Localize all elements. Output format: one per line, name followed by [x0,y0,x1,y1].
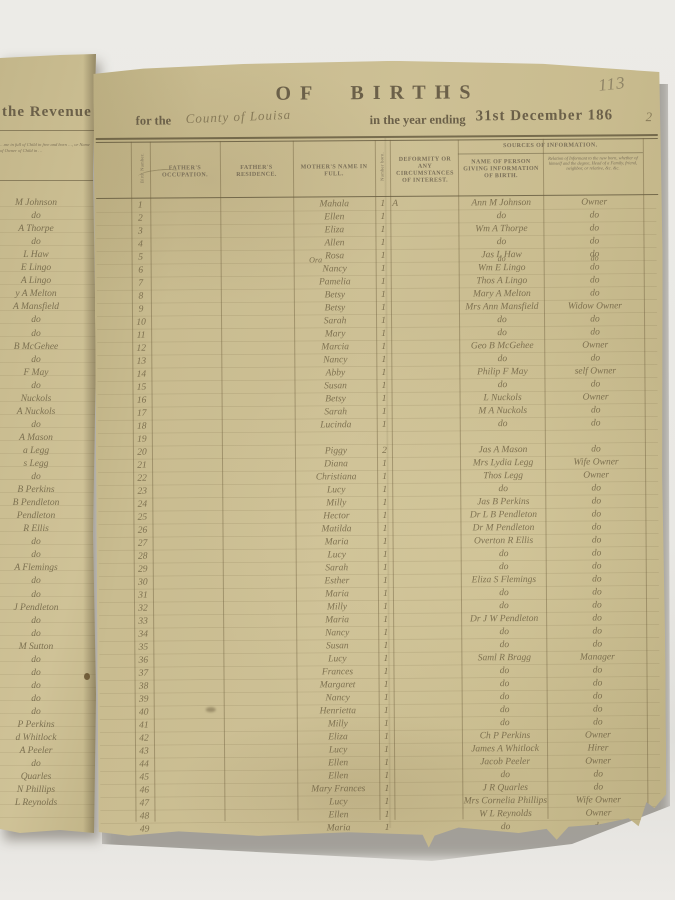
register-rows: 1Mahala1AAnn M JohnsonOwner2Ellen1dodo3E… [93,56,661,60]
row-number: 43 [132,746,156,759]
children-count: 1 [376,380,391,393]
child-name: Ellen [294,757,382,771]
left-name-fragment: do [0,211,88,224]
informant-name: do [450,678,560,692]
children-count: 2 [377,445,392,458]
left-name-fragment: s Legg [0,459,88,472]
informant-relation: do [550,677,646,691]
child-name: Lucy [293,549,381,563]
left-name-fragment: A Nuckols [0,407,88,420]
row-number: 10 [129,317,153,330]
informant-name: Thos Legg [448,470,558,484]
informant-name: Thos A Lingo [447,275,557,289]
informant-relation: do [550,690,646,704]
row-number: 37 [131,668,155,681]
children-count: 1 [377,471,392,484]
child-name: Piggy [292,445,380,459]
child-name: Sarah [292,406,380,420]
rule-line [0,130,96,131]
row-number: 27 [131,538,155,551]
informant-relation: do [548,443,644,457]
row-number: 11 [129,330,153,343]
informant-name: Mary A Melton [447,288,557,302]
informant-relation: do [547,253,643,264]
left-name-fragment: a Legg [0,446,88,459]
child-name: Maria [293,536,381,550]
informant-relation: do [550,781,646,795]
photo-scene: the Revenue …me in full of Child in free… [0,0,675,900]
informant-name: Eliza S Flemings [449,574,559,588]
child-name: Allen [290,237,378,251]
child-name: Hector [292,510,380,524]
children-count: 1 [378,536,393,549]
informant-name: Jas A Mason [448,444,558,458]
row-number: 13 [129,356,153,369]
child-name: Lucy [294,744,382,758]
informant-name: L Nuckols [448,392,558,406]
informant-relation: do [547,274,643,288]
left-name-fragment: N Phillips [0,785,88,798]
children-count: 1 [378,575,393,588]
children-count: 1 [378,640,393,653]
children-count: 1 [380,822,395,835]
left-name-fragment: do [0,315,88,328]
informant-name: James A Whitlock [450,743,560,757]
children-count: 1 [376,367,391,380]
informant-relation: do [548,404,644,418]
subtitle-year-handwritten: 2 [646,109,654,125]
informant-relation: Owner [550,729,646,743]
left-name-fragment: A Thorpe [0,224,88,237]
informant-relation: do [548,521,644,535]
informant-relation: Owner [548,391,644,405]
left-name-fragment: do [0,655,88,668]
children-count: 1 [379,705,394,718]
left-name-fragment: do [0,381,88,394]
left-name-fragment: E Lingo [0,263,88,276]
informant-relation: do [547,378,643,392]
children-count: 1 [377,458,392,471]
left-name-fragment: R Ellis [0,524,88,537]
informant-name: Overton R Ellis [449,535,559,549]
left-column-note: …me in full of Child in free and born …,… [0,142,93,153]
column-header-mother-name: MOTHER'S NAME IN FULL. [295,164,373,179]
children-count: 1 [376,328,391,341]
informant-name: do [450,704,560,718]
row-number: 23 [130,486,154,499]
informant-relation: do [548,482,644,496]
row-number: 35 [131,642,155,655]
informant-name: do [449,587,559,601]
row-number: 18 [130,421,154,434]
child-name: Mahala [290,198,378,212]
child-name: Maria [293,614,381,628]
informant-name: Wm A Thorpe [446,223,556,237]
row-number: 46 [132,785,156,798]
row-number: 34 [131,629,155,642]
children-count: 1 [376,289,391,302]
row-number: 22 [130,473,154,486]
ink-smudge [206,707,216,712]
left-name-fragment: do [0,237,88,250]
informant-relation: Hirer [550,742,646,756]
children-count: 1 [378,588,393,601]
informant-name: Geo B McGehee [447,340,557,354]
row-number: 41 [132,720,156,733]
informant-name: Dr M Pendleton [448,522,558,536]
child-name: Diana [292,458,380,472]
row-number: 36 [131,655,155,668]
child-name: Lucy [293,653,381,667]
informant-name: Mrs Ann Mansfield [447,301,557,315]
left-name-fragment: A Mason [0,433,88,446]
informant-relation: do [549,664,645,678]
page-number: 113 [597,73,626,96]
row-number: 3 [128,226,152,239]
informant-relation: do [546,235,642,249]
column-header-father-occupation: FATHER'S OCCUPATION. [152,165,218,179]
row-number: 45 [132,772,156,785]
row-number: 39 [132,694,156,707]
informant-name: Saml R Bragg [449,652,559,666]
informant-relation: Owner [550,807,646,821]
child-name: Mary [291,328,379,342]
informant-relation: do [548,508,644,522]
informant-name: do [450,769,560,783]
left-name-fragment: B Pendleton [0,498,88,511]
informant-relation: Owner [548,469,644,483]
left-name-fragment: B Perkins [0,485,88,498]
left-name-fragment: do [0,472,88,485]
children-count: 1 [379,692,394,705]
child-name: Christiana [292,471,380,485]
informant-relation: do [547,313,643,327]
informant-name: do [449,665,559,679]
left-name-fragment: do [0,616,88,629]
child-name: Ora [281,255,351,265]
subtitle-prefix: for the [136,113,172,128]
child-name: Ellen [294,809,382,823]
left-name-fragment: P Perkins [0,720,88,733]
informant-name: do [449,626,559,640]
informant-name: do [450,717,560,731]
left-name-fragment: F May [0,368,88,381]
children-count: 1 [376,341,391,354]
left-name-fragment: do [0,681,88,694]
column-header-informant-name: NAME OF PERSON GIVING INFORMATION OF BIR… [462,159,540,181]
row-number: 44 [132,759,156,772]
children-count: 1 [377,497,392,510]
column-header-sources-group: SOURCES OF INFORMATION. [460,142,641,150]
informant-relation: Owner [546,196,642,210]
paper-stain [84,673,90,680]
informant-relation [548,430,644,431]
left-name-fragment: do [0,355,88,368]
informant-relation: Owner [547,339,643,353]
child-name: Milly [294,718,382,732]
child-name: Maria [293,588,381,602]
informant-name: do [449,548,559,562]
row-number: 40 [132,707,156,720]
child-name: Betsy [291,289,379,303]
row-number: 33 [131,616,155,629]
row-number: 32 [131,603,155,616]
row-number: 4 [128,239,152,252]
left-name-fragment: do [0,576,88,589]
child-name: Mary Frances [294,783,382,797]
informant-name: do [447,314,557,328]
row-number: 14 [129,369,153,382]
informant-relation: Manager [549,651,645,665]
informant-relation: do [549,560,645,574]
sources-split-rule [458,152,643,154]
left-name-fragment: do [0,537,88,550]
informant-name: do [447,379,557,393]
left-name-fragment: A Lingo [0,276,88,289]
left-name-fragment: Quarles [0,772,88,785]
informant-relation: Widow Owner [547,300,643,314]
left-name-fragment: A Peeler [0,746,88,759]
row-number: 20 [130,447,154,460]
left-name-fragment: M Johnson [0,198,88,211]
column-rules [93,56,661,60]
children-count: 1 [378,549,393,562]
informant-name: do [449,600,559,614]
child-name: Betsy [291,302,379,316]
informant-name: Dr L B Pendleton [448,509,558,523]
children-count: 1 [375,198,390,211]
informant-relation: do [547,326,643,340]
deformity-note: A [392,197,452,210]
informant-relation: do [550,703,646,717]
left-name-fragment: do [0,420,88,433]
children-count: 1 [376,354,391,367]
row-number: 28 [131,551,155,564]
left-name-fragment: do [0,759,88,772]
children-count: 1 [379,809,394,822]
child-name: Eliza [294,731,382,745]
left-name-fragment: y A Melton [0,289,88,302]
informant-name: Ch P Perkins [450,730,560,744]
informant-relation: do [549,534,645,548]
informant-name: do [449,639,559,653]
children-count: 1 [379,744,394,757]
child-name: Marcia [291,341,379,355]
children-count: 1 [379,718,394,731]
children-count: 1 [378,666,393,679]
children-count: 1 [377,510,392,523]
left-name-fragment: A Mansfield [0,302,88,315]
children-count: 1 [376,302,391,315]
child-name: Lucy [292,484,380,498]
subtitle-date: 31st December 186 [476,107,614,125]
child-name: Milly [293,601,381,615]
row-number: 38 [132,681,156,694]
page-title: OF BIRTHS [93,80,661,107]
children-count: 1 [379,783,394,796]
row-number: 19 [130,434,154,447]
row-number: 17 [130,408,154,421]
informant-name: Jacob Peeler [450,756,560,770]
informant-name: J R Quarles [450,782,560,796]
row-number: 31 [131,590,155,603]
row-number: 30 [131,577,155,590]
row-number: 42 [132,733,156,746]
informant-relation: do [549,586,645,600]
child-name: Sarah [291,315,379,329]
left-name-fragment: L Reynolds [0,798,88,811]
informant-name [448,431,558,432]
child-name: Lucinda [292,419,380,433]
children-count: 1 [379,679,394,692]
children-count: 1 [377,484,392,497]
left-name-fragment: do [0,707,88,720]
row-number: 9 [129,304,153,317]
rule-line [0,180,96,181]
left-name-fragment: M Sutton [0,642,88,655]
informant-relation: do [549,638,645,652]
row-number: 26 [130,525,154,538]
informant-relation: do [548,495,644,509]
child-name: Pamelia [291,276,379,290]
child-name: Lucy [294,796,382,810]
row-number: 25 [130,512,154,525]
child-name [292,432,380,433]
children-count: 1 [379,796,394,809]
children-count: 1 [378,601,393,614]
row-number: 48 [132,811,156,824]
subtitle-county-handwritten: County of Louisa [185,107,291,127]
informant-name: do [448,483,558,497]
informant-name: do [447,327,557,341]
informant-relation: do [550,716,646,730]
left-name-fragment: do [0,694,88,707]
informant-name: Dr J W Pendleton [449,613,559,627]
subtitle-middle: in the year ending [370,112,466,128]
child-name: Nancy [291,354,379,368]
informant-name: do [448,418,558,432]
child-name: Milly [292,497,380,511]
informant-name: do [447,353,557,367]
children-count: 1 [377,523,392,536]
row-number: 2 [128,213,152,226]
informant-relation: Owner [550,755,646,769]
child-name: Nancy [294,692,382,706]
informant-name: M A Nuckols [448,405,558,419]
row-number: 12 [129,343,153,356]
left-name-fragment: do [0,668,88,681]
informant-relation: Wife Owner [550,794,646,808]
child-name: Abby [291,367,379,381]
child-name: Ellen [290,211,378,225]
children-count: 1 [377,393,392,406]
row-number: 29 [131,564,155,577]
informant-name: Jas B Perkins [448,496,558,510]
children-count: 1 [377,419,392,432]
informant-name: do [450,691,560,705]
child-name: Eliza [290,224,378,238]
left-name-fragment: do [0,550,88,563]
child-name: Henrietta [294,705,382,719]
informant-relation: do [547,352,643,366]
left-name-fragment: d Whitlock [0,733,88,746]
children-count: 1 [375,211,390,224]
children-count: 1 [379,731,394,744]
children-count: 1 [376,276,391,289]
left-page-edge: the Revenue …me in full of Child in free… [0,54,97,834]
child-name: Frances [293,666,381,680]
informant-name: Ann M Johnson [446,197,556,211]
informant-name: do [447,254,557,265]
left-name-fragment: do [0,329,88,342]
children-count: 1 [378,627,393,640]
child-name: Esther [293,575,381,589]
informant-relation: do [549,573,645,587]
children-count: 1 [379,770,394,783]
left-name-fragment: L Haw [0,250,88,263]
children-count: 1 [378,653,393,666]
column-header-number-born: Number born. [379,146,384,186]
child-name: Sarah [293,562,381,576]
row-number: 7 [129,278,153,291]
row-number: 1 [128,200,152,213]
informant-relation: Wife Owner [548,456,644,470]
informant-relation: do [547,287,643,301]
children-count: 1 [375,224,390,237]
children-count: 1 [375,237,390,250]
child-name: Betsy [292,393,380,407]
left-name-fragment: J Pendleton [0,603,88,616]
children-count: 1 [377,406,392,419]
left-page-header: the Revenue [2,104,96,121]
informant-name: Mrs Lydia Legg [448,457,558,471]
informant-name: do [446,236,556,250]
column-header-deformity: DEFORMITY OR ANY CIRCUMSTANCES OF INTERE… [394,156,456,184]
children-count: 1 [379,757,394,770]
informant-relation: do [549,625,645,639]
row-number: 21 [130,460,154,473]
informant-relation: do [548,417,644,431]
child-name: Susan [291,380,379,394]
informant-name: W L Reynolds [450,808,560,822]
child-name: Nancy [293,627,381,641]
informant-relation: do [549,612,645,626]
informant-relation: do [549,547,645,561]
child-name: Matilda [292,523,380,537]
left-name-fragment: do [0,590,88,603]
informant-name: do [449,561,559,575]
informant-relation: do [550,768,646,782]
row-number: 8 [129,291,153,304]
left-name-fragment: Pendleton [0,511,88,524]
informant-relation: self Owner [547,365,643,379]
column-header-father-residence: FATHER'S RESIDENCE. [222,165,291,179]
left-name-fragment: Nuckols [0,394,88,407]
left-name-fragment: B McGehee [0,342,88,355]
child-name: Susan [293,640,381,654]
column-header-informant-relation: Relation of Informant to the new born, w… [546,155,640,171]
informant-relation: do [549,599,645,613]
row-number: 47 [132,798,156,811]
informant-relation: do [546,222,642,236]
column-header-number: Birth Number. [139,148,144,188]
informant-name: Mrs Cornelia Phillips [450,795,560,809]
children-count: 1 [378,562,393,575]
children-count: 1 [378,614,393,627]
left-name-fragment: do [0,629,88,642]
informant-name: do [446,210,556,224]
child-name: Ellen [294,770,382,784]
